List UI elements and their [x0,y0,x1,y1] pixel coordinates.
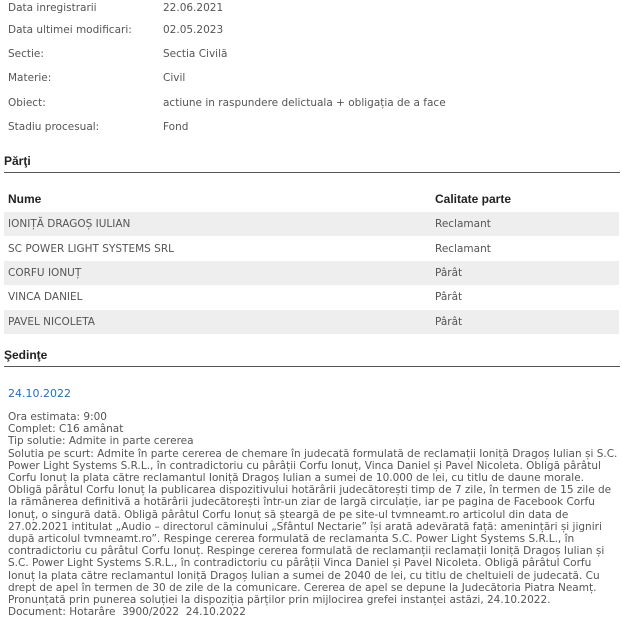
table-row: PAVEL NICOLETA Pârât [4,310,619,334]
sedinte-section-title: Şedinţe [4,348,620,367]
info-label: Obiect: [8,95,158,111]
sedinta-solutie: Solutia pe scurt: Admite în parte cerere… [8,448,618,607]
info-value: Sectia Civilă [163,46,227,62]
party-name: VINCA DANIEL [4,285,431,309]
sedinta-ora: Ora estimata: 9:00 [8,411,618,423]
column-header-nume: Nume [4,186,431,212]
info-label: Materie: [8,70,158,86]
sedinta-tip-solutie: Tip solutie: Admite in parte cererea [8,435,618,447]
info-label: Data inregistrarii [8,0,158,16]
table-header-row: Nume Calitate parte [4,186,619,212]
sedinta-date-link[interactable]: 24.10.2022 [8,387,71,400]
party-role: Pârât [431,310,619,334]
party-name: CORFU IONUȚ [4,261,431,285]
party-role: Pârât [431,261,619,285]
table-row: CORFU IONUȚ Pârât [4,261,619,285]
parti-table: Nume Calitate parte IONIȚĂ DRAGOȘ IULIAN… [4,186,619,334]
column-header-calitate-parte: Calitate parte [431,186,619,212]
sedinta-complet: Complet: C16 amânat [8,423,618,435]
table-row: VINCA DANIEL Pârât [4,285,619,309]
table-row: SC POWER LIGHT SYSTEMS SRL Reclamant [4,236,619,260]
party-name: SC POWER LIGHT SYSTEMS SRL [4,236,431,260]
party-role: Reclamant [431,212,619,236]
party-role: Pârât [431,285,619,309]
sedinta-document: Document: Hotarâre 3900/2022 24.10.2022 [8,606,618,618]
info-label: Stadiu procesual: [8,119,158,135]
info-label: Data ultimei modificari: [8,22,158,38]
info-value: actiune in raspundere delictuala + oblig… [163,95,446,111]
parti-section-title: Părţi [4,154,620,173]
info-label: Sectie: [8,46,158,62]
table-row: IONIȚĂ DRAGOȘ IULIAN Reclamant [4,212,619,236]
info-value: 22.06.2021 [163,0,223,16]
info-value: Civil [163,70,185,86]
party-name: IONIȚĂ DRAGOȘ IULIAN [4,212,431,236]
party-role: Reclamant [431,236,619,260]
party-name: PAVEL NICOLETA [4,310,431,334]
sedinta-details: Ora estimata: 9:00 Complet: C16 amânat T… [8,411,618,618]
info-value: 02.05.2023 [163,22,223,38]
info-value: Fond [163,119,188,135]
